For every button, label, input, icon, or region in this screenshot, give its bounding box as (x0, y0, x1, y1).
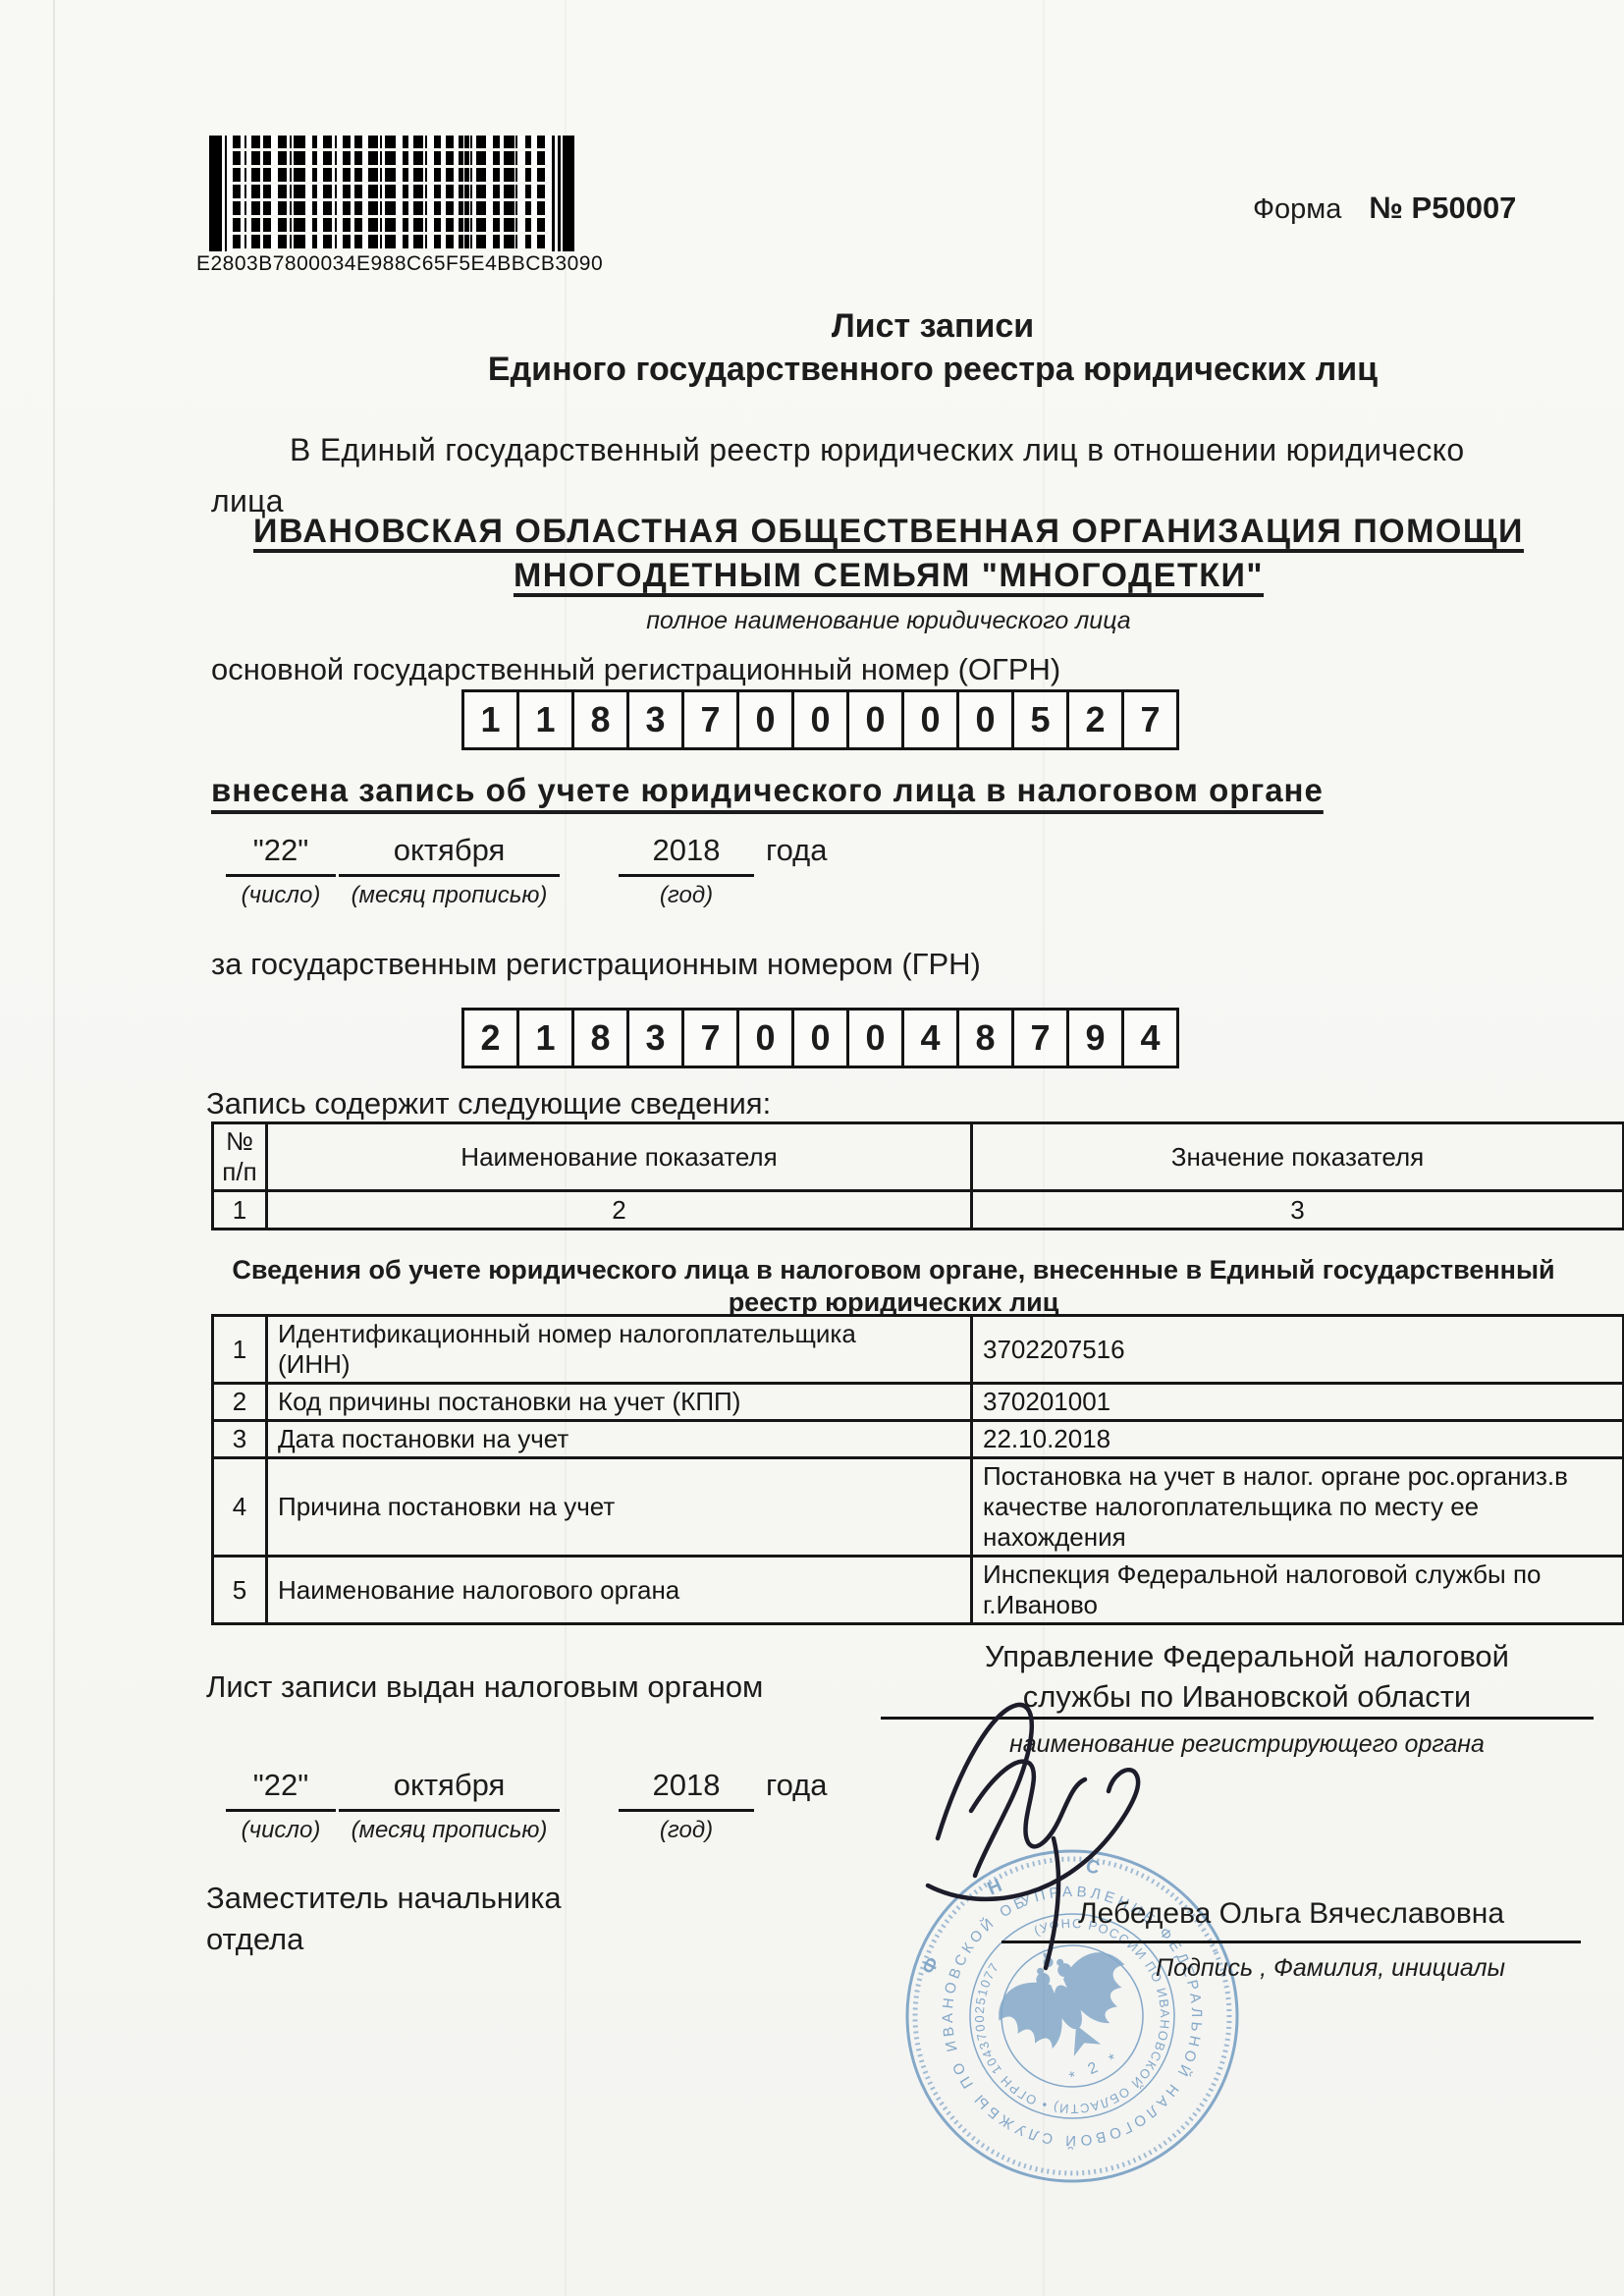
row-num: 1 (213, 1316, 267, 1384)
scanned-document-page: E2803B7800034E988C65F5E4BBCB3090 Форма №… (0, 0, 1624, 2296)
row-name: Наименование налогового органа (267, 1557, 972, 1624)
table-row: 1 Идентификационный номер налогоплательщ… (213, 1316, 1624, 1384)
barcode-number: E2803B7800034E988C65F5E4BBCB3090 (196, 252, 587, 276)
row-num: 5 (213, 1557, 267, 1624)
ogrn-digit-box: 7 (681, 689, 739, 750)
title-line1: Лист записи (211, 304, 1624, 348)
grn-label: за государственным регистрационным номер… (211, 947, 981, 982)
date-day-field: "22" (число) (226, 1768, 336, 1844)
header-num-line2: п/п (216, 1157, 263, 1187)
grn-digit-box: 4 (1121, 1008, 1179, 1068)
header-num-cell: № п/п (213, 1123, 267, 1191)
row-value: Постановка на учет в налог. органе рос.о… (972, 1458, 1624, 1557)
table-row: 5 Наименование налогового органа Инспекц… (213, 1557, 1624, 1624)
signer-position: Заместитель начальника отдела (206, 1878, 562, 1960)
grn-digit-box: 7 (1011, 1008, 1069, 1068)
date-month-field: октября (месяц прописью) (339, 833, 560, 909)
date-month: октября (339, 833, 560, 877)
grn-digit-box: 4 (901, 1008, 959, 1068)
grn-digit-box: 3 (626, 1008, 684, 1068)
stamp-center-mark: * 2 * (1067, 2050, 1123, 2087)
date-year-field: 2018 (год) (619, 833, 754, 909)
table-row: 3 Дата постановки на учет 22.10.2018 (213, 1421, 1624, 1458)
row-name: Дата постановки на учет (267, 1421, 972, 1458)
date-day-caption: (число) (226, 882, 336, 909)
grn-digit-box: 7 (681, 1008, 739, 1068)
ogrn-digit-box: 0 (901, 689, 959, 750)
row-value: 3702207516 (972, 1316, 1624, 1384)
date-month: октября (339, 1768, 560, 1812)
grn-digit-box: 2 (461, 1008, 519, 1068)
grn-digit-box: 0 (846, 1008, 904, 1068)
grn-digit-box: 9 (1066, 1008, 1124, 1068)
table-index-row: 1 2 3 (213, 1191, 1624, 1230)
row-value: 370201001 (972, 1384, 1624, 1421)
date-year-field: 2018 (год) (619, 1768, 754, 1844)
record-header-table: № п/п Наименование показателя Значение п… (211, 1121, 1624, 1230)
row-name: Идентификационный номер налогоплательщик… (267, 1316, 972, 1384)
ogrn-digit-box: 0 (956, 689, 1014, 750)
signature (908, 1681, 1213, 1976)
ogrn-digit-box: 0 (791, 689, 849, 750)
row-num: 3 (213, 1421, 267, 1458)
document-title: Лист записи Единого государственного рее… (211, 304, 1624, 391)
barcode-data-modules (233, 136, 549, 251)
grn-digit-box: 8 (571, 1008, 629, 1068)
ogrn-digit-box: 7 (1121, 689, 1179, 750)
form-number: № Р50007 (1369, 191, 1516, 226)
ogrn-digit-box: 0 (846, 689, 904, 750)
row-name-text: Идентификационный номер налогоплательщик… (278, 1319, 906, 1380)
date-year-caption: (год) (619, 882, 754, 909)
date-day: "22" (226, 1768, 336, 1812)
grn-digit-boxes: 2 1 8 3 7 0 0 0 4 8 7 9 4 (461, 1008, 1179, 1068)
organization-name-caption: полное наименование юридического лица (211, 607, 1566, 635)
ogrn-digit-box: 1 (461, 689, 519, 750)
row-num: 2 (213, 1384, 267, 1421)
signer-position-line2: отдела (206, 1919, 562, 1960)
header-num-line1: № (216, 1126, 263, 1157)
date-year-caption: (год) (619, 1817, 754, 1844)
grn-digit-box: 0 (736, 1008, 794, 1068)
header-value-cell: Значение показателя (972, 1123, 1624, 1191)
row-name: Причина постановки на учет (267, 1458, 972, 1557)
index-cell: 1 (213, 1191, 267, 1230)
row-value: Инспекция Федеральной налоговой службы п… (972, 1557, 1624, 1624)
authority-line1: Управление Федеральной налоговой (923, 1636, 1571, 1676)
ogrn-digit-box: 8 (571, 689, 629, 750)
date-month-field: октября (месяц прописью) (339, 1768, 560, 1844)
table-row: 4 Причина постановки на учет Постановка … (213, 1458, 1624, 1557)
details-table: 1 Идентификационный номер налогоплательщ… (211, 1314, 1624, 1625)
date-day-field: "22" (число) (226, 833, 336, 909)
organization-name-line1: ИВАНОВСКАЯ ОБЛАСТНАЯ ОБЩЕСТВЕННАЯ ОРГАНИ… (211, 510, 1566, 554)
grn-digit-box: 1 (516, 1008, 574, 1068)
date-year-suffix: года (766, 1768, 828, 1803)
ogrn-label: основной государственный регистрационный… (211, 652, 1060, 687)
issue-label: Лист записи выдан налоговым органом (206, 1669, 913, 1705)
title-line2: Единого государственного реестра юридиче… (211, 348, 1624, 391)
ogrn-digit-box: 2 (1066, 689, 1124, 750)
intro-line1: В Единый государственный реестр юридичес… (211, 424, 1624, 475)
section-heading: Сведения об учете юридического лица в на… (211, 1254, 1576, 1319)
organization-name-block: ИВАНОВСКАЯ ОБЛАСТНАЯ ОБЩЕСТВЕННАЯ ОРГАНИ… (211, 510, 1566, 635)
row-name: Код причины постановки на учет (КПП) (267, 1384, 972, 1421)
row-value: 22.10.2018 (972, 1421, 1624, 1458)
paper-edge-line (53, 0, 55, 2296)
header-name-cell: Наименование показателя (267, 1123, 972, 1191)
date-year: 2018 (619, 1768, 754, 1812)
grn-digit-box: 8 (956, 1008, 1014, 1068)
date-day: "22" (226, 833, 336, 877)
index-cell: 2 (267, 1191, 972, 1230)
ogrn-digit-boxes: 1 1 8 3 7 0 0 0 0 0 5 2 7 (461, 689, 1179, 750)
signer-position-line1: Заместитель начальника (206, 1878, 562, 1919)
row-num: 4 (213, 1458, 267, 1557)
record-date: "22" (число) октября (месяц прописью) 20… (211, 833, 1095, 917)
ogrn-digit-box: 1 (516, 689, 574, 750)
index-cell: 3 (972, 1191, 1624, 1230)
ogrn-digit-box: 0 (736, 689, 794, 750)
barcode-start-pattern (209, 136, 233, 251)
table-header-row: № п/п Наименование показателя Значение п… (213, 1123, 1624, 1191)
pdf417-barcode (209, 136, 574, 251)
barcode-stop-pattern (549, 136, 574, 251)
form-label: Форма (1253, 193, 1341, 226)
date-month-caption: (месяц прописью) (339, 882, 560, 909)
records-intro: Запись содержит следующие сведения: (206, 1086, 771, 1121)
ogrn-digit-box: 5 (1011, 689, 1069, 750)
ogrn-digit-box: 3 (626, 689, 684, 750)
date-month-caption: (месяц прописью) (339, 1817, 560, 1844)
organization-name-line2: МНОГОДЕТНЫМ СЕМЬЯМ "МНОГОДЕТКИ" (211, 554, 1566, 598)
form-designation: Форма № Р50007 (1253, 191, 1516, 226)
table-row: 2 Код причины постановки на учет (КПП) 3… (213, 1384, 1624, 1421)
grn-digit-box: 0 (791, 1008, 849, 1068)
record-heading: внесена запись об учете юридического лиц… (211, 772, 1324, 809)
date-year-suffix: года (766, 833, 828, 868)
date-day-caption: (число) (226, 1817, 336, 1844)
date-year: 2018 (619, 833, 754, 877)
section-heading-line1: Сведения об учете юридического лица в на… (211, 1254, 1576, 1286)
